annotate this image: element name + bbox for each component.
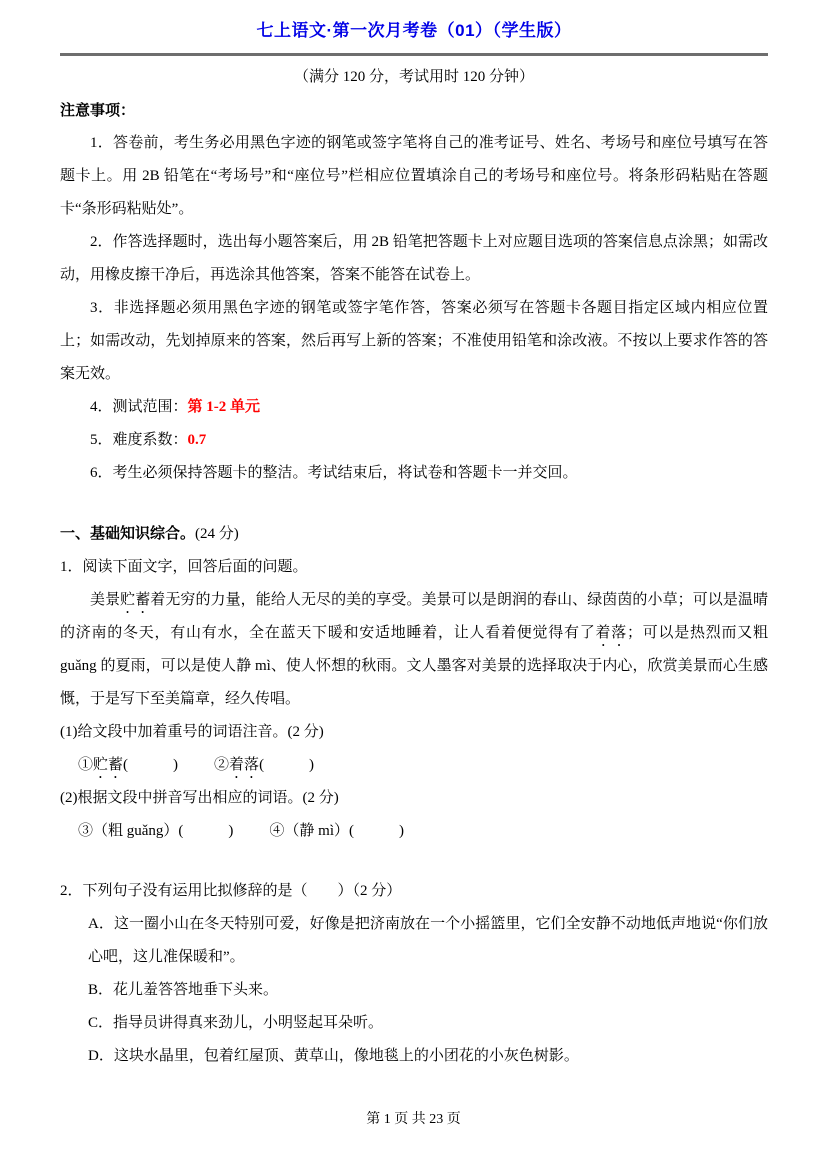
notice-item-3: 3．非选择题必须用黑色字迹的钢笔或签字笔作答，答案必须写在答题卡各题目指定区域内… [60, 292, 768, 391]
notice-item-1: 1．答卷前，考生务必用黑色字迹的钢笔或签字笔将自己的准考证号、姓名、考场号和座位… [60, 127, 768, 226]
item-4-with-blank: ④（静 mì）( ) [269, 823, 404, 839]
passage-emphasized-word: 贮蓄 [120, 592, 150, 608]
title-divider [60, 53, 768, 56]
item-3-with-blank: ③（粗 guǎng）( ) [78, 823, 233, 839]
notice-heading: 注意事项： [60, 94, 768, 127]
question-2-option-a: A．这一圈小山在冬天特别可爱，好像是把济南放在一个小摇篮里，它们全安静不动地低声… [88, 908, 768, 974]
item-2-number: ② [214, 757, 229, 773]
question-1-sub-2-stem: (2)根据文段中拼音写出相应的词语。(2 分) [60, 782, 768, 815]
section-1-heading: 一、基础知识综合。(24 分) [60, 517, 768, 551]
question-1-stem: 1．阅读下面文字，回答后面的问题。 [60, 551, 768, 584]
notice-item-4: 4．测试范围：第 1-2 单元 [60, 391, 768, 424]
notice-item-4-label: 4．测试范围： [90, 399, 188, 415]
passage-emphasized-word: 着落 [595, 625, 627, 641]
question-2-option-b: B．花儿羞答答地垂下头来。 [88, 974, 768, 1007]
exam-page: 七上语文·第一次月考卷（01）（学生版） （满分 120 分，考试用时 120 … [0, 0, 827, 1073]
notice-item-5-value: 0.7 [188, 432, 207, 448]
notice-item-4-value: 第 1-2 单元 [188, 399, 261, 415]
question-1-passage: 美景贮蓄着无穷的力量，能给人无尽的美的享受。美景可以是朗润的春山、绿茵茵的小草；… [60, 584, 768, 716]
question-2-stem: 2．下列句子没有运用比拟修辞的是（ ）（2 分） [60, 875, 768, 908]
item-2-word: 着落 [229, 757, 259, 773]
question-2-option-d: D．这块水晶里，包着红屋顶、黄草山，像地毯上的小团花的小灰色树影。 [88, 1040, 768, 1073]
section-1-score: (24 分) [195, 526, 239, 542]
question-1-sub-1-items: ①贮蓄( )②着落( ) [60, 749, 768, 782]
exam-score-duration: （满分 120 分，考试用时 120 分钟） [60, 61, 768, 94]
notice-item-6: 6．考生必须保持答题卡的整洁。考试结束后，将试卷和答题卡一并交回。 [60, 457, 768, 490]
item-1-number: ① [78, 757, 93, 773]
item-1-answer-blank: ( ) [123, 757, 178, 773]
question-2-option-c: C．指导员讲得真来劲儿，小明竖起耳朵听。 [88, 1007, 768, 1040]
page-number-footer: 第 1 页 共 23 页 [0, 1110, 827, 1130]
item-2-answer-blank: ( ) [259, 757, 314, 773]
notice-item-5-label: 5．难度系数： [90, 432, 188, 448]
question-1-sub-1-stem: (1)给文段中加着重号的词语注音。(2 分) [60, 716, 768, 749]
item-1-word: 贮蓄 [93, 757, 123, 773]
passage-text: 美景 [90, 592, 120, 608]
page-title: 七上语文·第一次月考卷（01）（学生版） [60, 18, 768, 44]
notice-item-5: 5．难度系数：0.7 [60, 424, 768, 457]
section-1-title: 一、基础知识综合。 [60, 525, 195, 542]
question-1-sub-2-items: ③（粗 guǎng）( )④（静 mì）( ) [60, 815, 768, 848]
notice-item-2: 2．作答选择题时，选出每小题答案后，用 2B 铅笔把答题卡上对应题目选项的答案信… [60, 226, 768, 292]
